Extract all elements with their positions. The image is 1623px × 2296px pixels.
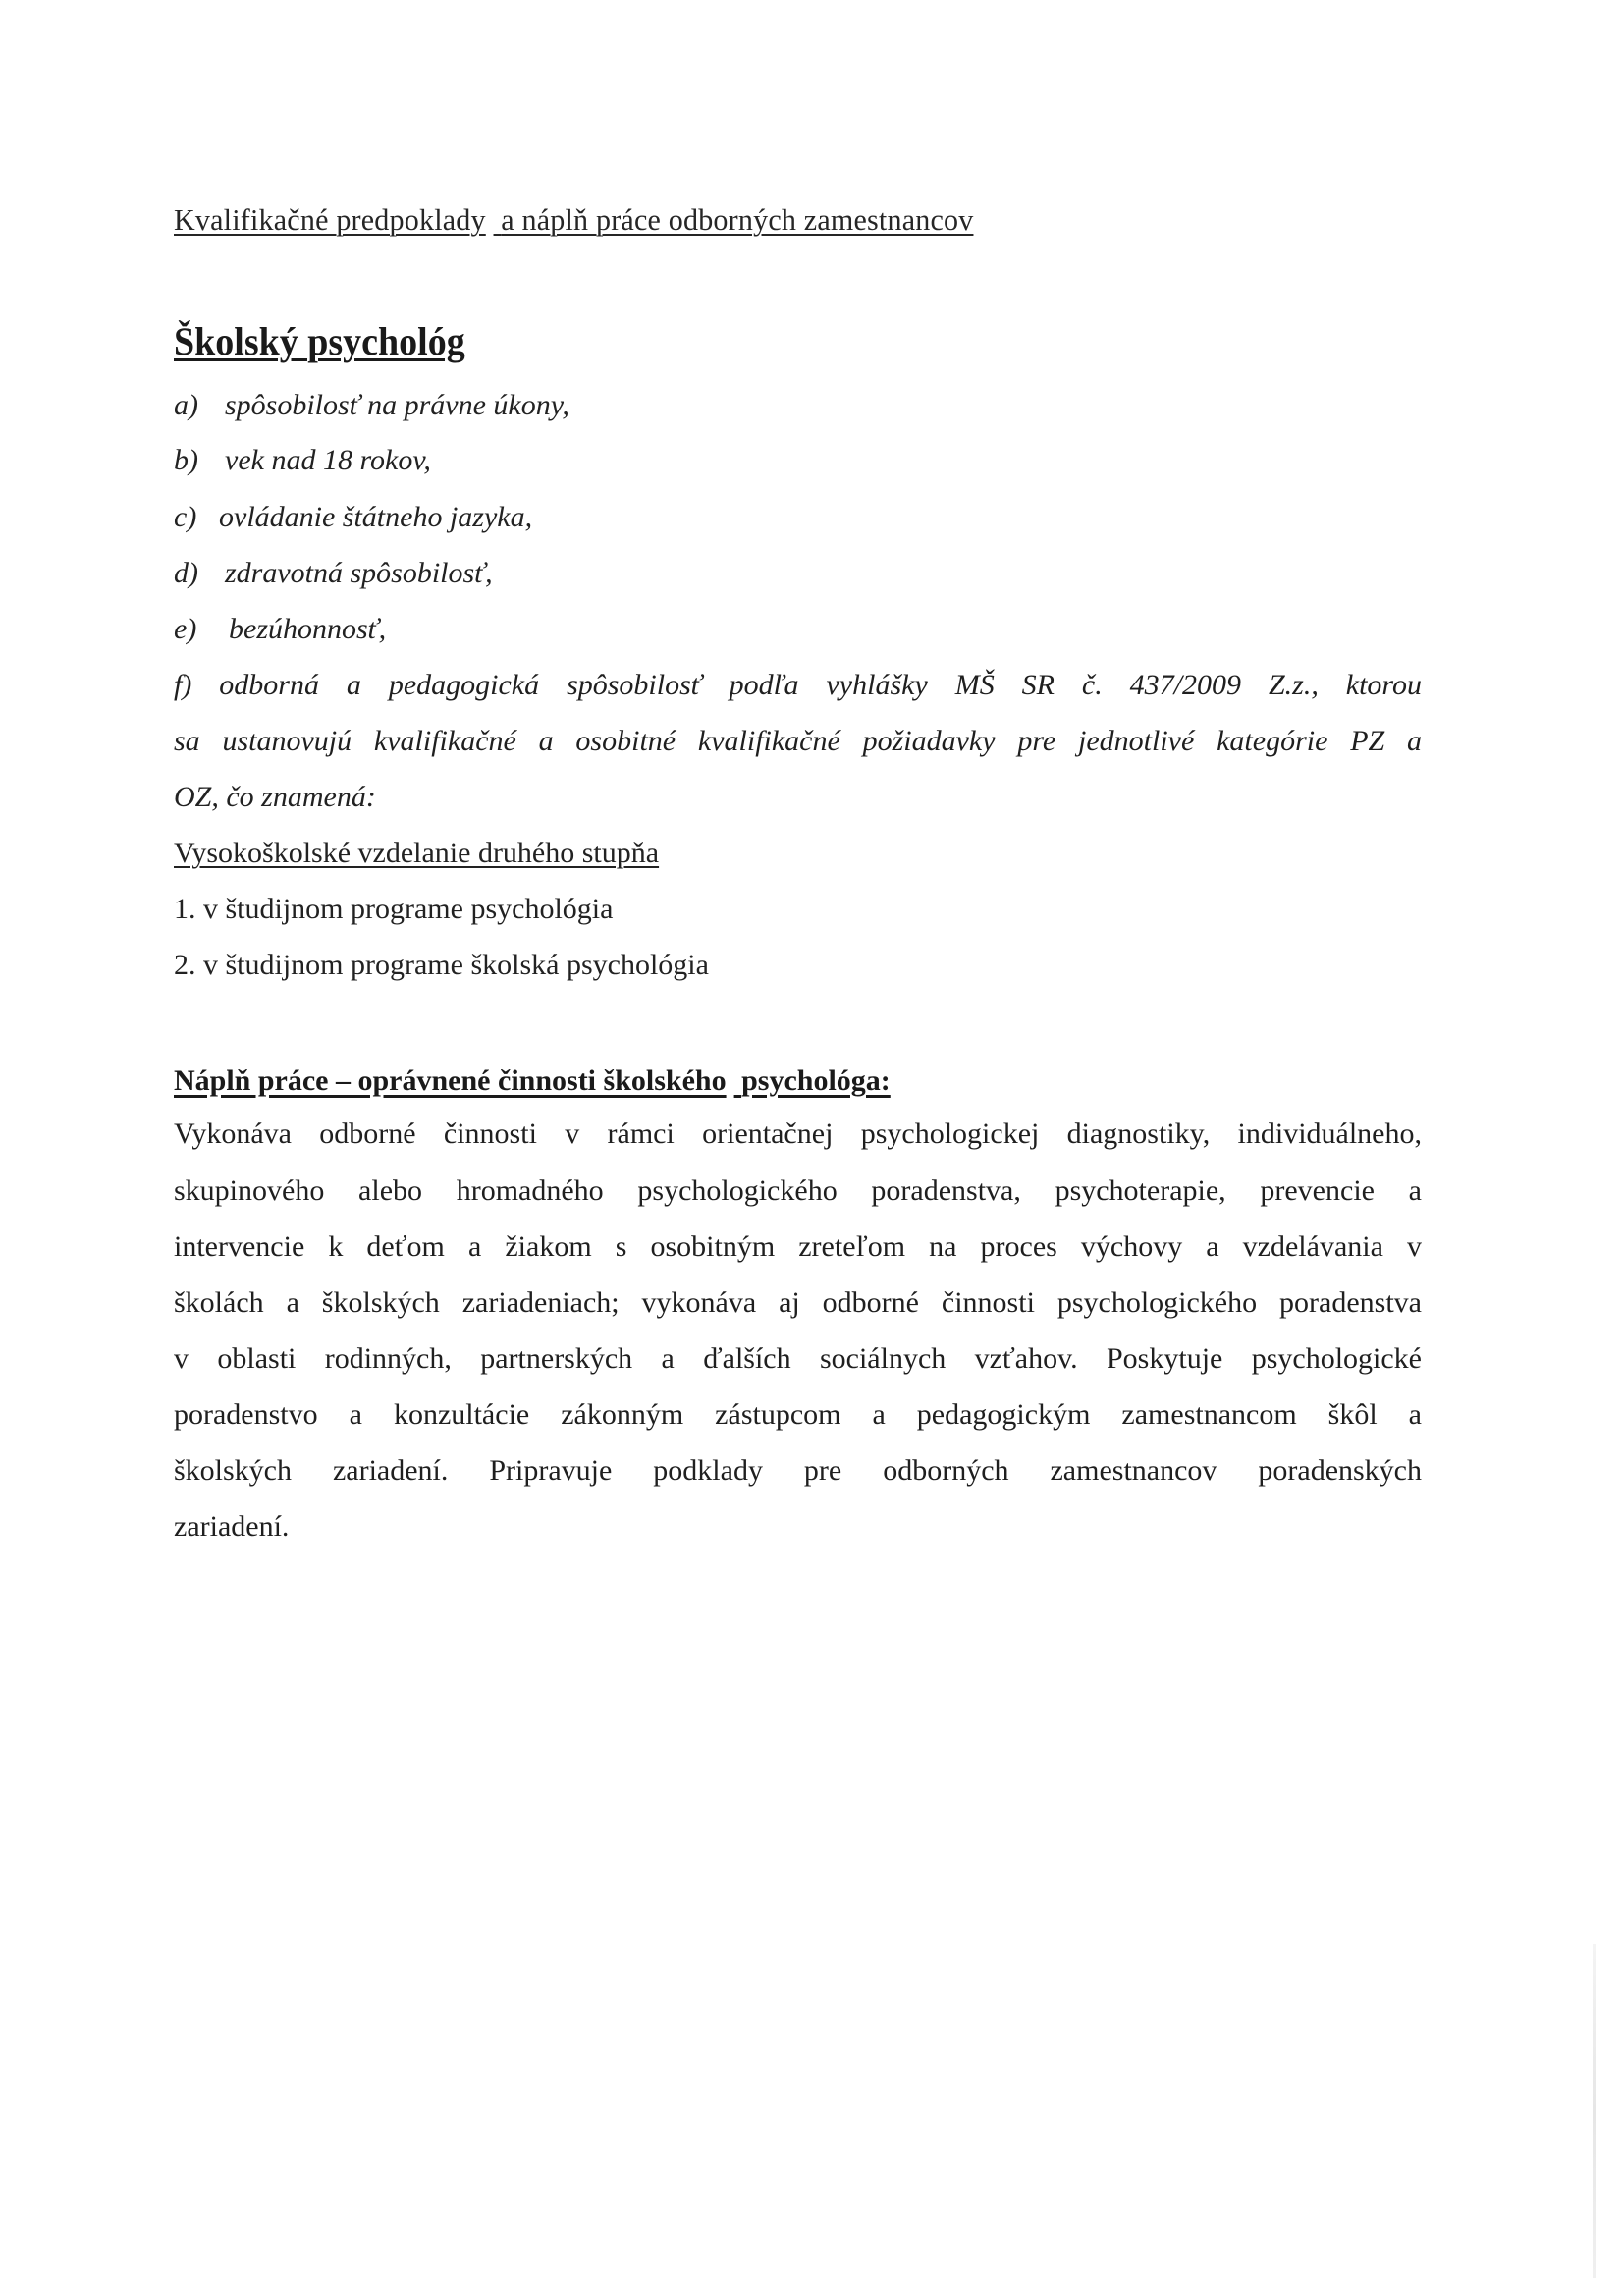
document-title: Kvalifikačné predpoklady a náplň práce o… (174, 202, 973, 238)
duties-paragraph-line: školách a školských zariadeniach; vykoná… (174, 1286, 1422, 1320)
requirement-letter: e) (174, 613, 229, 646)
scan-edge-artifact (1593, 1944, 1596, 2278)
requirement-a: a)spôsobilosť na právne úkony, (174, 389, 569, 422)
duties-paragraph-line: Vykonáva odborné činnosti v rámci orient… (174, 1118, 1422, 1151)
requirement-e: e)bezúhonnosť, (174, 613, 386, 646)
requirement-f-line-1: f) odborná a pedagogická spôsobilosť pod… (174, 669, 1422, 702)
program-item-1: 1. v študijnom programe psychológia (174, 893, 613, 926)
section-title: Školský psychológ (174, 318, 465, 364)
duties-title: Náplň práce – oprávnené činnosti školské… (174, 1065, 891, 1098)
requirement-text: vek nad 18 rokov, (225, 444, 431, 476)
education-heading: Vysokoškolské vzdelanie druhého stupňa (174, 837, 659, 870)
duties-paragraph-line: v oblasti rodinných, partnerských a ďalš… (174, 1342, 1422, 1376)
requirement-text: spôsobilosť na právne úkony, (225, 389, 569, 421)
requirement-letter: b) (174, 444, 225, 477)
requirement-text: zdravotná spôsobilosť, (225, 557, 493, 589)
requirement-text: bezúhonnosť, (229, 613, 386, 645)
program-item-2: 2. v študijnom programe školská psycholó… (174, 949, 709, 982)
title-part-2: a náplň práce odborných zamestnancov (501, 202, 973, 237)
requirement-b: b)vek nad 18 rokov, (174, 444, 431, 477)
requirement-f-line-3: OZ, čo znamená: (174, 781, 376, 814)
duties-paragraph-line: intervencie k deťom a žiakom s osobitným… (174, 1230, 1422, 1264)
title-part-1: Kvalifikačné predpoklady (174, 202, 486, 237)
requirement-letter: d) (174, 557, 225, 590)
duties-paragraph-line: školských zariadení. Pripravuje podklady… (174, 1454, 1422, 1488)
requirement-letter: c) (174, 501, 219, 534)
duties-title-part-1: Náplň práce – oprávnené činnosti školské… (174, 1065, 727, 1097)
duties-paragraph-line: skupinového alebo hromadného psychologic… (174, 1175, 1422, 1208)
duties-paragraph-line: poradenstvo a konzultácie zákonným zástu… (174, 1398, 1422, 1432)
requirement-f-line-2: sa ustanovujú kvalifikačné a osobitné kv… (174, 725, 1422, 758)
requirement-text: ovládanie štátneho jazyka, (219, 501, 532, 533)
requirement-d: d)zdravotná spôsobilosť, (174, 557, 493, 590)
duties-title-part-2: psychológa: (741, 1065, 891, 1097)
duties-paragraph-line: zariadení. (174, 1510, 1422, 1544)
requirement-c: c)ovládanie štátneho jazyka, (174, 501, 532, 534)
requirement-letter: a) (174, 389, 225, 422)
